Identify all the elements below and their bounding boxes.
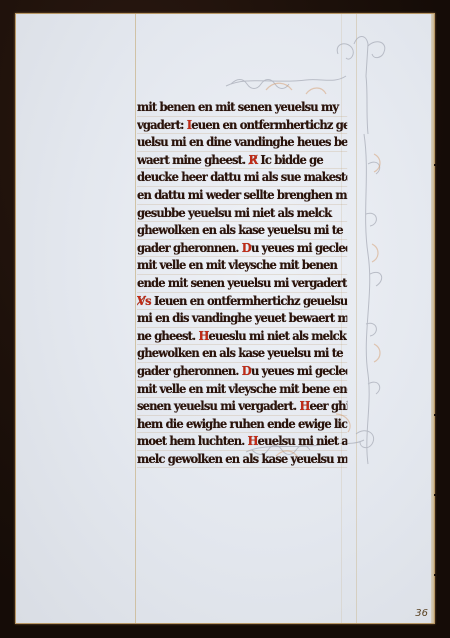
rubric-initial: V̸s [137, 293, 154, 308]
text-segment: u yeues mi gecleet [251, 240, 347, 255]
leaf-edge-notch [431, 494, 436, 496]
text-segment: mi en dis vandinghe yeuet bewaert mi [137, 310, 347, 325]
text-line: hem die ewighe ruhen ende ewige licht [137, 416, 347, 434]
text-line: mit velle en mit vleysche mit benen [137, 257, 347, 275]
text-segment: eer ghif [310, 398, 348, 413]
rubric-initial: H [198, 328, 208, 343]
text-line: vgadert: Ieuen en ontfermhertichz ge [137, 117, 347, 135]
text-segment: en dattu mi weder sellte brenghen mit [137, 187, 347, 202]
text-line: gader gheronnen. Du yeues mi gecleet [137, 240, 347, 258]
text-segment: ghewolken en als kase yeuelsu mi te [137, 222, 343, 237]
text-column: mit benen en mit senen yeuelsu myvgadert… [137, 99, 363, 468]
text-line: mit velle en mit vleysche mit bene ende [137, 381, 347, 399]
text-segment: ne gheest. [137, 328, 198, 343]
text-segment: euen en ontfermhertichz geuelsu [159, 293, 348, 308]
text-line: en dattu mi weder sellte brenghen mit [137, 187, 347, 205]
leaf-edge-notch [431, 574, 436, 576]
leaf-edge-notch [431, 414, 436, 416]
text-segment: gader gheronnen. [137, 240, 242, 255]
text-segment: uelsu mi en dine vandinghe heues be [137, 134, 347, 149]
ruling-line-left [135, 14, 136, 623]
text-line: ne gheest. Heueslu mi niet als melck [137, 328, 347, 346]
text-segment: u yeues mi gecleet [251, 363, 347, 378]
text-segment: senen yeuelsu mi vergadert. [137, 398, 299, 413]
text-segment: moet hem luchten. [137, 433, 248, 448]
rubric-initial: R̸ [248, 152, 257, 167]
rubric-initial: D [242, 240, 251, 255]
text-segment: euen en ontfermhertichz ge [191, 117, 347, 132]
text-segment: hem die ewighe ruhen ende ewige licht [137, 416, 347, 431]
text-segment: gader gheronnen. [137, 363, 242, 378]
text-line: melc gewolken en als kase yeuelsu mi [137, 451, 347, 469]
text-segment: mit velle en mit vleysche mit benen [137, 257, 337, 272]
text-segment: melc gewolken en als kase yeuelsu mi [137, 451, 347, 466]
text-segment: ende mit senen yeuelsu mi vergadert. [137, 275, 347, 290]
text-line: moet hem luchten. Heuelsu mi niet als [137, 433, 347, 451]
rubric-initial: H [299, 398, 309, 413]
text-line: V̸s Ieuen en ontfermhertichz geuelsu [137, 293, 347, 311]
text-segment: deucke heer dattu mi als sue makeste [137, 169, 347, 184]
text-segment: mit velle en mit vleysche mit bene ende [137, 381, 347, 396]
text-line: ghewolken en als kase yeuelsu mi te [137, 222, 347, 240]
rubric-initial: H [248, 433, 258, 448]
text-line: waert mine gheest. R̸ Ic bidde ge [137, 152, 347, 170]
text-segment: mit benen en mit senen yeuelsu my [137, 99, 338, 114]
rubric-initial: D [242, 363, 251, 378]
text-segment: ghewolken en als kase yeuelsu mi te [137, 345, 343, 360]
text-segment: waert mine gheest. [137, 152, 248, 167]
text-line: gesubbe yeuelsu mi niet als melck [137, 205, 347, 223]
text-line: gader gheronnen. Du yeues mi gecleet [137, 363, 347, 381]
text-segment: Ic bidde ge [257, 152, 323, 167]
text-segment: euelsu mi niet als [258, 433, 348, 448]
text-line: ghewolken en als kase yeuelsu mi te [137, 345, 347, 363]
folio-number: 36 [415, 608, 428, 619]
text-segment: eueslu mi niet als melck [209, 328, 346, 343]
text-line: ende mit senen yeuelsu mi vergadert. [137, 275, 347, 293]
text-segment: vgadert: [137, 117, 187, 132]
text-line: mit benen en mit senen yeuelsu my [137, 99, 347, 117]
manuscript-leaf: mit benen en mit senen yeuelsu myvgadert… [16, 14, 434, 623]
text-line: senen yeuelsu mi vergadert. Heer ghif [137, 398, 347, 416]
text-line: uelsu mi en dine vandinghe heues be [137, 134, 347, 152]
text-segment: gesubbe yeuelsu mi niet als melck [137, 205, 331, 220]
leaf-edge-notch [431, 164, 436, 166]
text-line: deucke heer dattu mi als sue makeste [137, 169, 347, 187]
text-line: mi en dis vandinghe yeuet bewaert mi [137, 310, 347, 328]
